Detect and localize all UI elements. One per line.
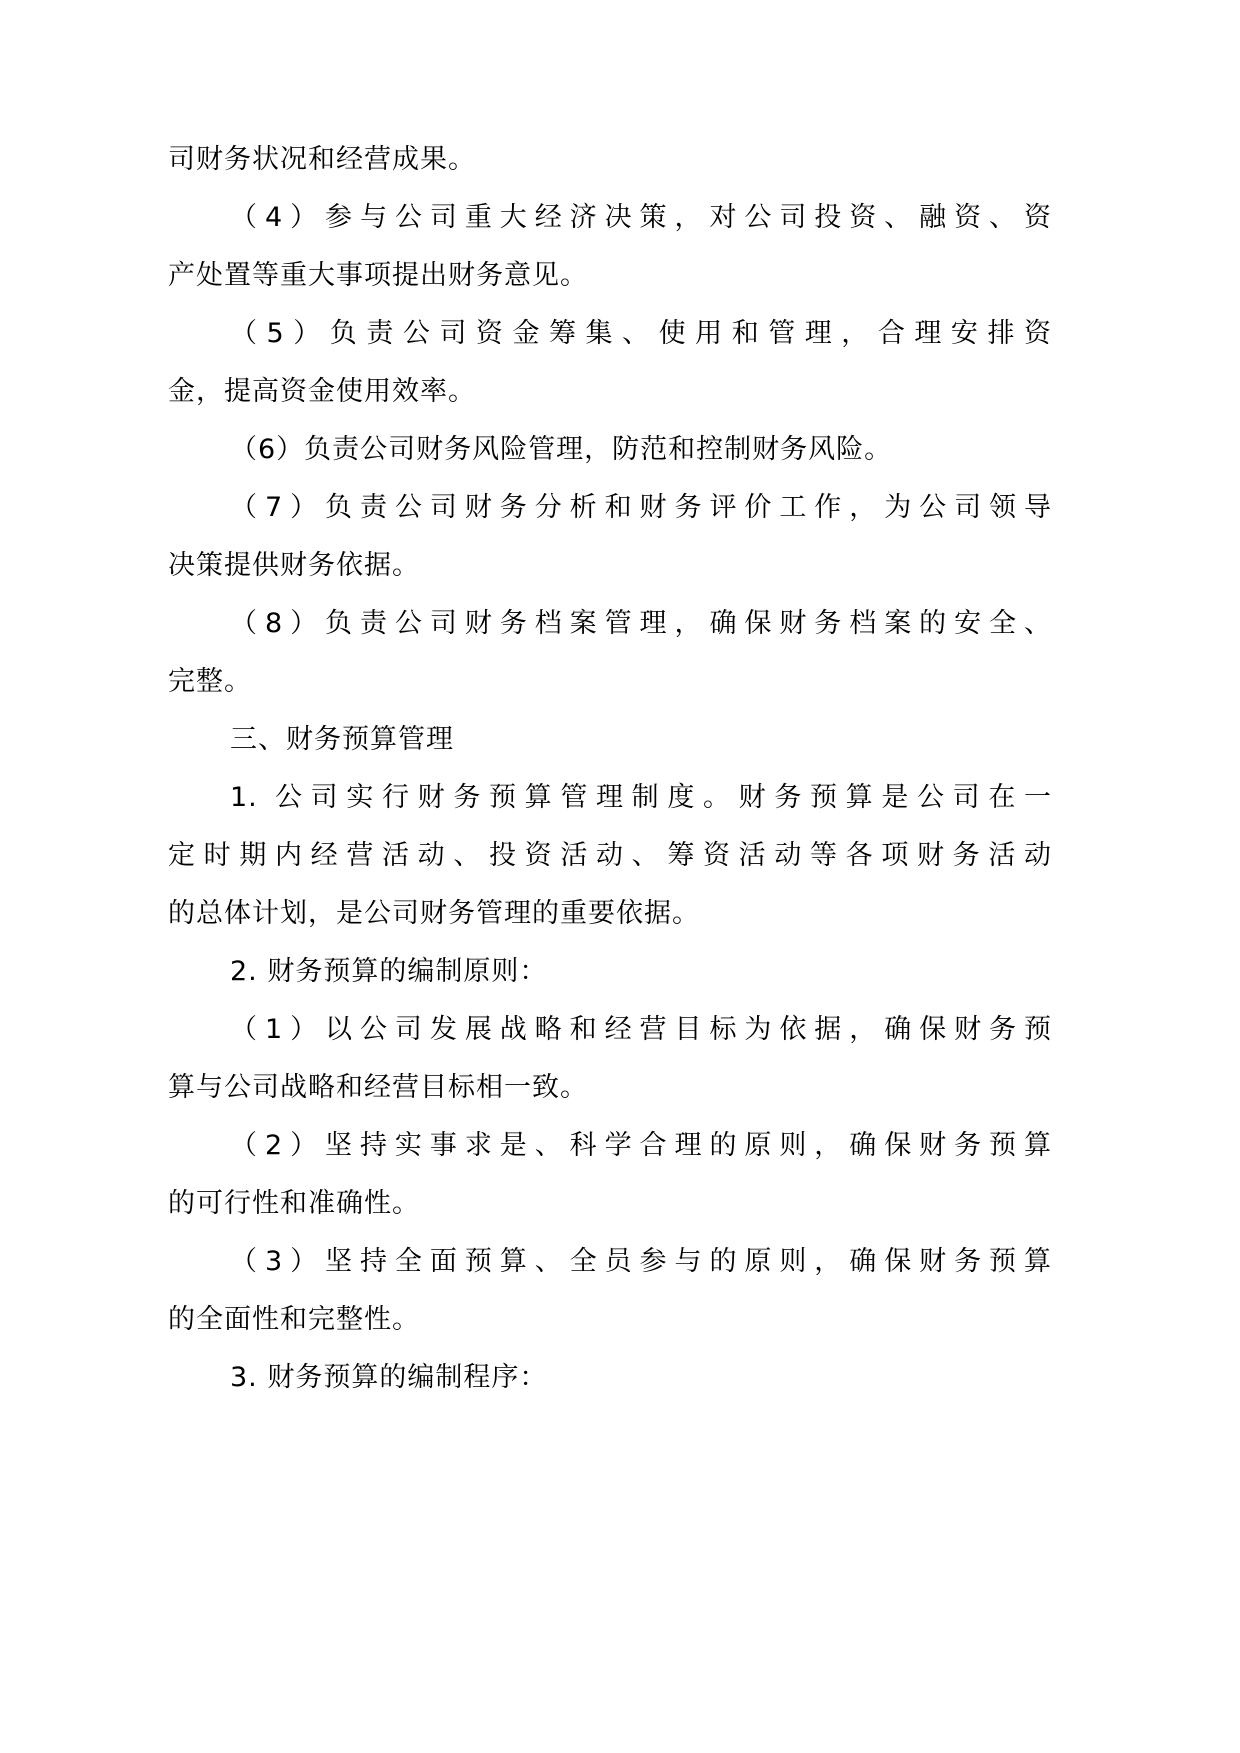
text-line: 金，提高资金使用效率。 bbox=[168, 372, 476, 412]
text-line: 1. 公司实行财务预算管理制度。财务预算是公司在一 bbox=[230, 778, 1052, 818]
text-line: 算与公司战略和经营目标相一致。 bbox=[168, 1068, 588, 1108]
text-line: 定时期内经营活动、投资活动、筹资活动等各项财务活动 bbox=[168, 836, 1052, 876]
text-line: 的可行性和准确性。 bbox=[168, 1184, 420, 1224]
text-line: （1）以公司发展战略和经营目标为依据，确保财务预 bbox=[230, 1010, 1052, 1050]
text-line: 的全面性和完整性。 bbox=[168, 1300, 420, 1340]
subsection-heading: 2. 财务预算的编制原则： bbox=[230, 952, 547, 992]
text-line: （6）负责公司财务风险管理，防范和控制财务风险。 bbox=[230, 430, 892, 470]
text-line: （7）负责公司财务分析和财务评价工作，为公司领导 bbox=[230, 488, 1052, 528]
text-line: 司财务状况和经营成果。 bbox=[168, 140, 476, 180]
subsection-heading: 3. 财务预算的编制程序： bbox=[230, 1358, 547, 1398]
text-line: 决策提供财务依据。 bbox=[168, 546, 420, 586]
text-line: （8）负责公司财务档案管理，确保财务档案的安全、 bbox=[230, 604, 1052, 644]
text-line: （4）参与公司重大经济决策，对公司投资、融资、资 bbox=[230, 198, 1052, 238]
text-line: （5）负责公司资金筹集、使用和管理，合理安排资 bbox=[230, 314, 1052, 354]
text-line: 完整。 bbox=[168, 662, 252, 702]
text-line: （3）坚持全面预算、全员参与的原则，确保财务预算 bbox=[230, 1242, 1052, 1282]
text-line: （2）坚持实事求是、科学合理的原则，确保财务预算 bbox=[230, 1126, 1052, 1166]
text-line: 的总体计划，是公司财务管理的重要依据。 bbox=[168, 894, 700, 934]
text-line: 产处置等重大事项提出财务意见。 bbox=[168, 256, 588, 296]
document-page: 司财务状况和经营成果。 （4）参与公司重大经济决策，对公司投资、融资、资 产处置… bbox=[0, 0, 1240, 1753]
section-heading: 三、财务预算管理 bbox=[230, 720, 454, 760]
